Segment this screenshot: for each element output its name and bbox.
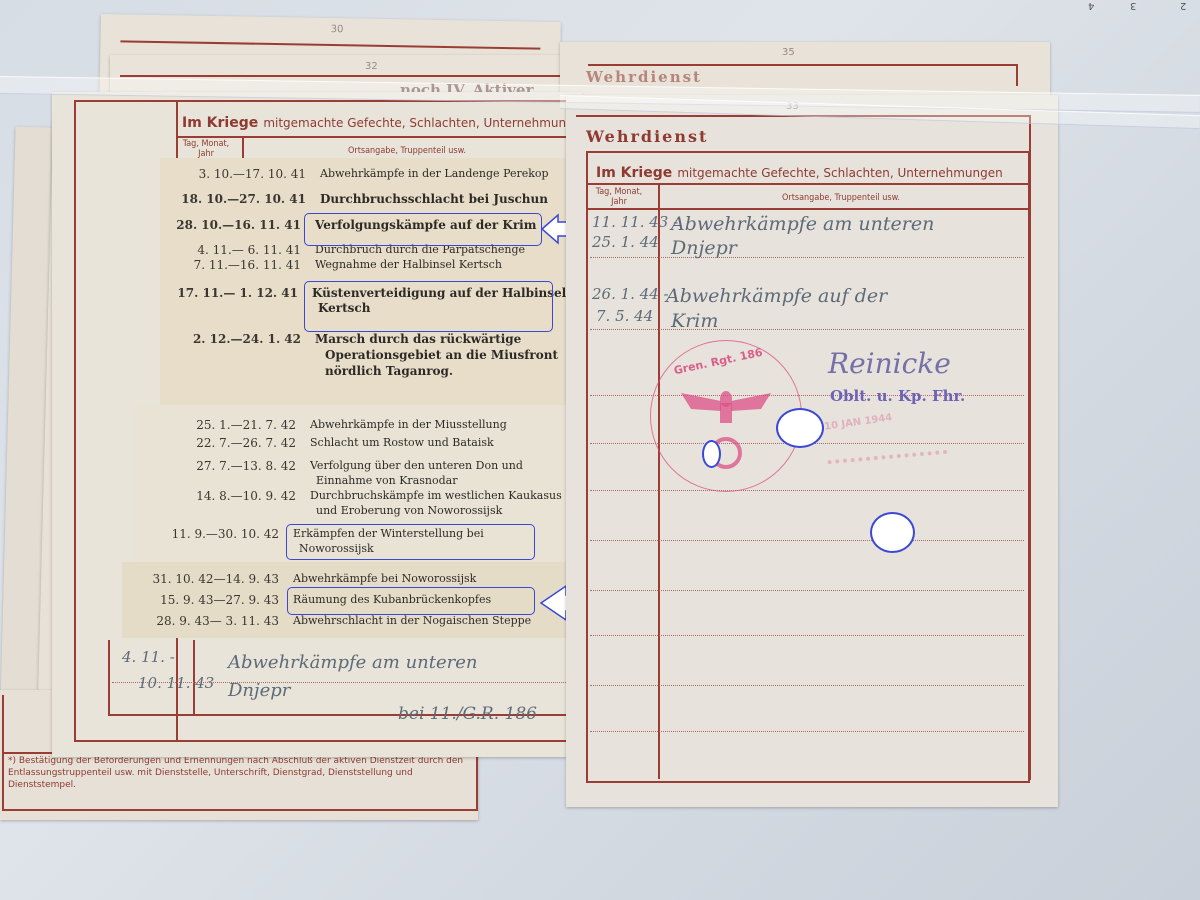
- ruled-line: [590, 590, 1024, 591]
- col-date-header: Tag, Monat, Jahr: [588, 187, 650, 207]
- entry-date: 31. 10. 42—14. 9. 43: [120, 572, 279, 586]
- entry-text: Abwehrkämpfe bei Noworossijsk: [293, 572, 476, 585]
- hand-date-line1: 4. 11. -: [122, 648, 175, 666]
- hand-text-line1: Abwehrkämpfe auf der: [666, 285, 887, 307]
- ruled-line: [590, 490, 1024, 491]
- redaction-oval: [702, 440, 721, 468]
- highlight-verfolgungskaempfe: [304, 213, 542, 246]
- entry-text: Abwehrkämpfe in der Landenge Perekop: [320, 167, 549, 180]
- faint-section-header: Wehrdienst: [586, 68, 702, 86]
- entry-text: Marsch durch das rückwärtige: [315, 332, 521, 346]
- signature: Reinicke: [828, 347, 951, 380]
- page-number: 35: [782, 47, 795, 58]
- page-number: 32: [365, 61, 378, 72]
- entry-date: 17. 11.— 1. 12. 41: [160, 286, 298, 300]
- ruled-line: [590, 685, 1024, 686]
- hand-text-line2: Dnjepr: [671, 237, 737, 259]
- hand-date-line2: 10. 11. 43: [138, 674, 214, 692]
- stamp-text: Gren. Rgt. 186: [673, 346, 764, 377]
- hand-text-line1: Abwehrkämpfe am unteren: [671, 213, 934, 235]
- right-section-header: Wehrdienst: [586, 127, 708, 146]
- section-title: Im Kriege mitgemachte Gefechte, Schlacht…: [182, 112, 589, 131]
- highlight-kuestenverteidigung: [304, 281, 553, 332]
- right-page: 33 Wehrdienst Im Kriege mitgemachte Gefe…: [566, 95, 1058, 807]
- entry-date: 4. 11.— 6. 11. 41: [160, 243, 301, 257]
- ruler-digit: 2: [1180, 0, 1186, 11]
- title-rest: mitgemachte Gefechte, Schlachten, Untern…: [263, 116, 588, 130]
- ruled-line: [590, 540, 1024, 541]
- entry-date: 22. 7.—26. 7. 42: [140, 436, 296, 450]
- entry-text: Schlacht um Rostow und Bataisk: [310, 436, 494, 449]
- hand-text-line1: Abwehrkämpfe am unteren: [228, 652, 478, 673]
- footnote-text: *) Bestätigung der Beförderungen und Ern…: [8, 755, 470, 791]
- highlight-kubanbrueckenkopf: [287, 587, 535, 615]
- hand-date-line1: 26. 1. 44 -: [592, 285, 669, 303]
- entry-text: und Eroberung von Noworossijsk: [316, 504, 502, 517]
- ruled-line: [590, 257, 1024, 258]
- ruler-digit: 3: [1130, 0, 1136, 11]
- redaction-oval: [870, 512, 915, 553]
- highlight-winterstellung: [286, 524, 535, 560]
- entry-date: 2. 12.—24. 1. 42: [160, 332, 301, 346]
- col-date-header: Tag, Monat, Jahr: [176, 139, 236, 159]
- section-title: Im Kriege mitgemachte Gefechte, Schlacht…: [596, 162, 1003, 181]
- col-place-header: Ortsangabe, Truppenteil usw.: [661, 193, 1021, 203]
- title-bold: Im Kriege: [182, 115, 258, 131]
- ruled-line: [590, 635, 1024, 636]
- entry-date: 7. 11.—16. 11. 41: [160, 258, 301, 272]
- entry-date: 25. 1.—21. 7. 42: [140, 418, 296, 432]
- redaction-oval: [776, 408, 824, 448]
- entry-text: nördlich Taganrog.: [325, 364, 453, 378]
- signature-title: Oblt. u. Kp. Fhr.: [830, 387, 965, 405]
- entry-date: 28. 9. 43— 3. 11. 43: [120, 614, 279, 628]
- col-place-header: Ortsangabe, Truppenteil usw.: [242, 146, 572, 156]
- eagle-icon: [673, 383, 779, 473]
- entry-date: 18. 10.—27. 10. 41: [160, 192, 306, 206]
- entry-text: Abwehrschlacht in der Nogaischen Steppe: [293, 614, 531, 627]
- hand-text-line2: Krim: [671, 310, 718, 332]
- page-number: 30: [331, 24, 344, 35]
- hand-date-line1: 11. 11. 43 -: [592, 213, 678, 231]
- entry-text: Wegnahme der Halbinsel Kertsch: [315, 258, 502, 271]
- entry-date: 14. 8.—10. 9. 42: [140, 489, 296, 503]
- entry-date: 28. 10.—16. 11. 41: [160, 218, 301, 232]
- hand-text-line2: Dnjepr: [228, 680, 290, 701]
- left-handwritten-area: 4. 11. - 10. 11. 43 Abwehrkämpfe am unte…: [108, 640, 578, 740]
- entry-date: 15. 9. 43—27. 9. 43: [120, 593, 279, 607]
- entry-text: Verfolgung über den unteren Don und: [310, 459, 523, 472]
- ruler-digit: 4: [1088, 0, 1094, 11]
- entry-date: 3. 10.—17. 10. 41: [160, 167, 306, 181]
- title-bold: Im Kriege: [596, 165, 672, 181]
- entry-text: Operationsgebiet an die Miusfront: [325, 348, 558, 362]
- ruled-line: [590, 731, 1024, 732]
- entry-text: Durchbruchskämpfe im westlichen Kaukasus: [310, 489, 562, 502]
- background-ruler: 4 3 2: [1080, 0, 1200, 14]
- entry-text: Durchbruchsschlacht bei Juschun: [320, 192, 548, 206]
- title-rest: mitgemachte Gefechte, Schlachten, Untern…: [677, 166, 1002, 180]
- entry-text: Abwehrkämpfe in der Miusstellung: [310, 418, 507, 431]
- hand-date-line2: 25. 1. 44: [592, 233, 659, 251]
- entry-date: 27. 7.—13. 8. 42: [140, 459, 296, 473]
- ruled-line: [590, 329, 1024, 330]
- entry-date: 11. 9.—30. 10. 42: [140, 527, 279, 541]
- hand-text-line3: bei 11./G.R. 186: [398, 704, 537, 724]
- hand-date-line2: 7. 5. 44: [596, 307, 653, 325]
- entry-text: Einnahme von Krasnodar: [316, 474, 457, 487]
